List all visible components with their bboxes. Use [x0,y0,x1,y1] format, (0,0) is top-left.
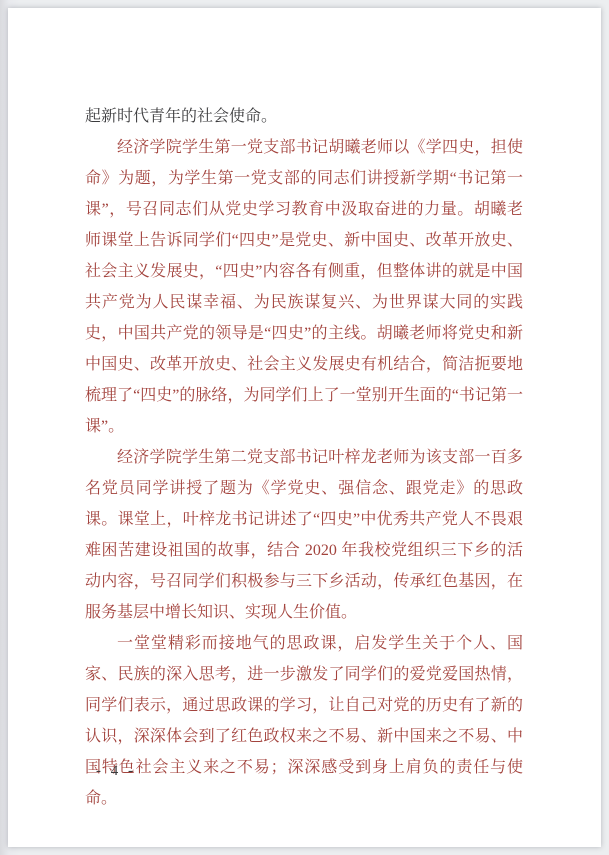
paragraph: 经济学院学生第一党支部书记胡曦老师以《学四史，担使命》为题，为学生第一党支部的同… [85,132,523,442]
page-number: - 4 - [96,763,136,780]
paragraph: 一堂堂精彩而接地气的思政课，启发学生关于个人、国家、民族的深入思考，进一步激发了… [85,628,523,814]
document-body: 起新时代青年的社会使命。经济学院学生第一党支部书记胡曦老师以《学四史，担使命》为… [85,101,523,814]
paragraph: 起新时代青年的社会使命。 [85,101,523,132]
paragraph: 经济学院学生第二党支部书记叶梓龙老师为该支部一百多名党员同学讲授了题为《学党史、… [85,442,523,628]
document-page: 起新时代青年的社会使命。经济学院学生第一党支部书记胡曦老师以《学四史，担使命》为… [8,8,601,847]
